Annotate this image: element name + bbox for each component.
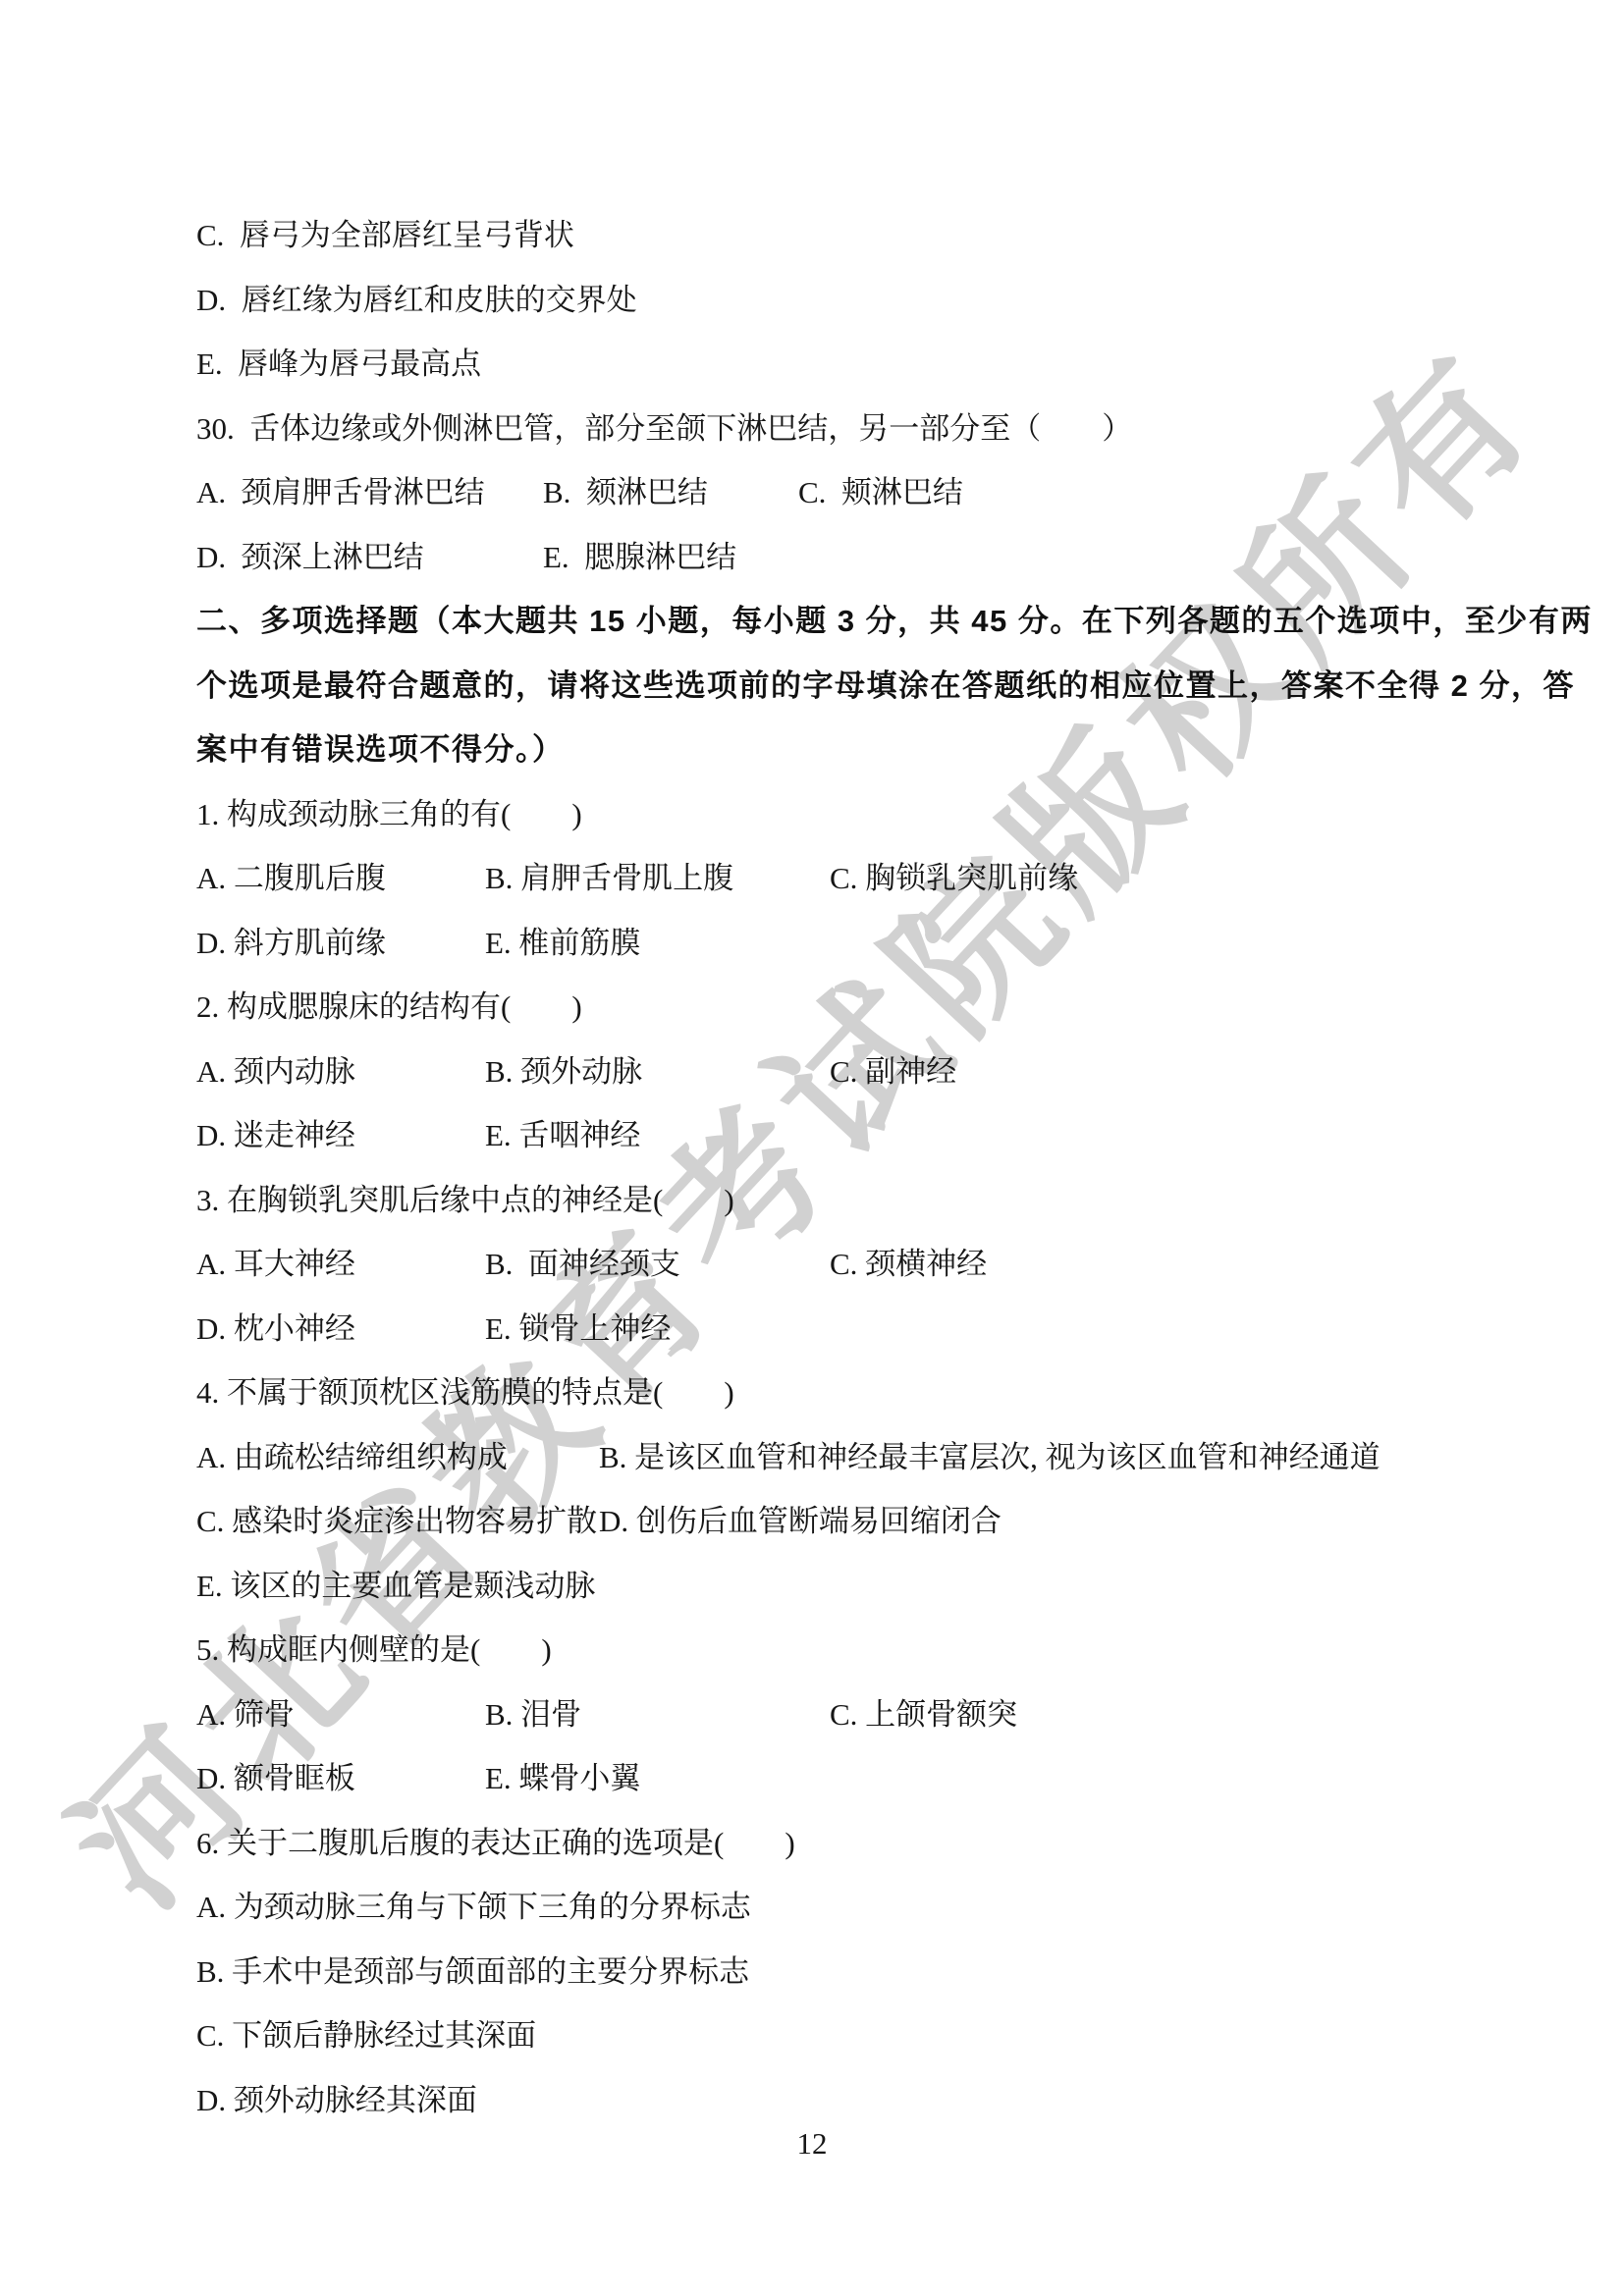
q1-option-b: B. 肩胛舌骨肌上腹 xyxy=(485,857,733,900)
q4-option-b: B. 是该区血管和神经最丰富层次, 视为该区血管和神经通道 xyxy=(599,1436,1380,1479)
q3-option-d: D. 枕小神经 xyxy=(196,1308,355,1351)
q30-option-b: B. 颏淋巴结 xyxy=(543,471,708,514)
q4-option-a: A. 由疏松结缔组织构成 xyxy=(196,1436,508,1479)
q4-options-row-1: A. 由疏松结缔组织构成 B. 是该区血管和神经最丰富层次, 视为该区血管和神经… xyxy=(0,1436,1624,1479)
q2-stem-line: 2. 构成腮腺床的结构有( ) xyxy=(196,986,582,1029)
q30-option-e: E. 腮腺淋巴结 xyxy=(543,536,736,579)
section2-header-line-2: 个选项是最符合题意的，请将这些选项前的字母填涂在答题纸的相应位置上，答案不全得 … xyxy=(196,665,1575,708)
q3-option-a: A. 耳大神经 xyxy=(196,1243,355,1286)
q2-option-d: D. 迷走神经 xyxy=(196,1114,355,1157)
q2-option-b: B. 颈外动脉 xyxy=(485,1050,642,1094)
q5-option-e: E. 蝶骨小翼 xyxy=(485,1757,640,1800)
q4-option-e-line: E. 该区的主要血管是颞浅动脉 xyxy=(196,1565,595,1608)
q6-option-d-line: D. 颈外动脉经其深面 xyxy=(196,2079,477,2122)
q3-option-e: E. 锁骨上神经 xyxy=(485,1308,671,1351)
q4-option-d: D. 创伤后血管断端易回缩闭合 xyxy=(599,1500,1001,1543)
q6-stem-line: 6. 关于二腹肌后腹的表达正确的选项是( ) xyxy=(196,1822,795,1865)
q5-stem-line: 5. 构成眶内侧壁的是( ) xyxy=(196,1629,552,1672)
q2-options-row-2: D. 迷走神经 E. 舌咽神经 xyxy=(0,1114,1624,1157)
q30-option-c: C. 颊淋巴结 xyxy=(798,471,963,514)
q30-option-d: D. 颈深上淋巴结 xyxy=(196,536,424,579)
q30-options-row-1: A. 颈肩胛舌骨淋巴结 B. 颏淋巴结 C. 颊淋巴结 xyxy=(0,471,1624,514)
q6-option-c-line: C. 下颌后静脉经过其深面 xyxy=(196,2014,536,2057)
q4-options-row-2: C. 感染时炎症渗出物容易扩散 D. 创伤后血管断端易回缩闭合 xyxy=(0,1500,1624,1543)
q29-option-e-line: E. 唇峰为唇弓最高点 xyxy=(196,343,481,386)
q2-option-e: E. 舌咽神经 xyxy=(485,1114,640,1157)
q1-options-row-1: A. 二腹肌后腹 B. 肩胛舌骨肌上腹 C. 胸锁乳突肌前缘 xyxy=(0,857,1624,900)
q4-stem-line: 4. 不属于额顶枕区浅筋膜的特点是( ) xyxy=(196,1371,734,1415)
exam-paper-page: 河北省教育考试院版权所有 C. 唇弓为全部唇红呈弓背状 D. 唇红缘为唇红和皮肤… xyxy=(0,0,1624,2296)
q30-option-a: A. 颈肩胛舌骨淋巴结 xyxy=(196,471,485,514)
q3-option-c: C. 颈横神经 xyxy=(830,1243,987,1286)
q2-options-row-1: A. 颈内动脉 B. 颈外动脉 C. 副神经 xyxy=(0,1050,1624,1094)
q5-option-d: D. 额骨眶板 xyxy=(196,1757,355,1800)
q1-option-d: D. 斜方肌前缘 xyxy=(196,922,386,965)
q5-options-row-1: A. 筛骨 B. 泪骨 C. 上颌骨额突 xyxy=(0,1693,1624,1736)
q5-options-row-2: D. 额骨眶板 E. 蝶骨小翼 xyxy=(0,1757,1624,1800)
q30-stem-line: 30. 舌体边缘或外侧淋巴管，部分至颌下淋巴结，另一部分至（ ） xyxy=(196,407,1132,451)
section2-header-line-3: 案中有错误选项不得分。） xyxy=(196,728,565,772)
q6-option-b-line: B. 手术中是颈部与颌面部的主要分界标志 xyxy=(196,1950,749,1994)
q3-options-row-2: D. 枕小神经 E. 锁骨上神经 xyxy=(0,1308,1624,1351)
q29-option-c-line: C. 唇弓为全部唇红呈弓背状 xyxy=(196,214,574,257)
q1-stem-line: 1. 构成颈动脉三角的有( ) xyxy=(196,793,582,836)
section2-header-line-1: 二、多项选择题（本大题共 15 小题，每小题 3 分，共 45 分。在下列各题的… xyxy=(196,600,1593,643)
q3-option-b: B. 面神经颈支 xyxy=(485,1243,680,1286)
q1-option-a: A. 二腹肌后腹 xyxy=(196,857,386,900)
q5-option-a: A. 筛骨 xyxy=(196,1693,295,1736)
page-content: C. 唇弓为全部唇红呈弓背状 D. 唇红缘为唇红和皮肤的交界处 E. 唇峰为唇弓… xyxy=(0,0,1624,2296)
page-number: 12 xyxy=(0,2126,1624,2162)
q2-option-a: A. 颈内动脉 xyxy=(196,1050,355,1094)
q4-option-c: C. 感染时炎症渗出物容易扩散 xyxy=(196,1500,597,1543)
q1-option-e: E. 椎前筋膜 xyxy=(485,922,640,965)
q1-option-c: C. 胸锁乳突肌前缘 xyxy=(830,857,1078,900)
q5-option-b: B. 泪骨 xyxy=(485,1693,581,1736)
q1-options-row-2: D. 斜方肌前缘 E. 椎前筋膜 xyxy=(0,922,1624,965)
q2-option-c: C. 副神经 xyxy=(830,1050,956,1094)
q6-option-a-line: A. 为颈动脉三角与下颌下三角的分界标志 xyxy=(196,1886,751,1929)
q3-options-row-1: A. 耳大神经 B. 面神经颈支 C. 颈横神经 xyxy=(0,1243,1624,1286)
q5-option-c: C. 上颌骨额突 xyxy=(830,1693,1017,1736)
q29-option-d-line: D. 唇红缘为唇红和皮肤的交界处 xyxy=(196,279,637,322)
q30-options-row-2: D. 颈深上淋巴结 E. 腮腺淋巴结 xyxy=(0,536,1624,579)
q3-stem-line: 3. 在胸锁乳突肌后缘中点的神经是( ) xyxy=(196,1179,734,1222)
